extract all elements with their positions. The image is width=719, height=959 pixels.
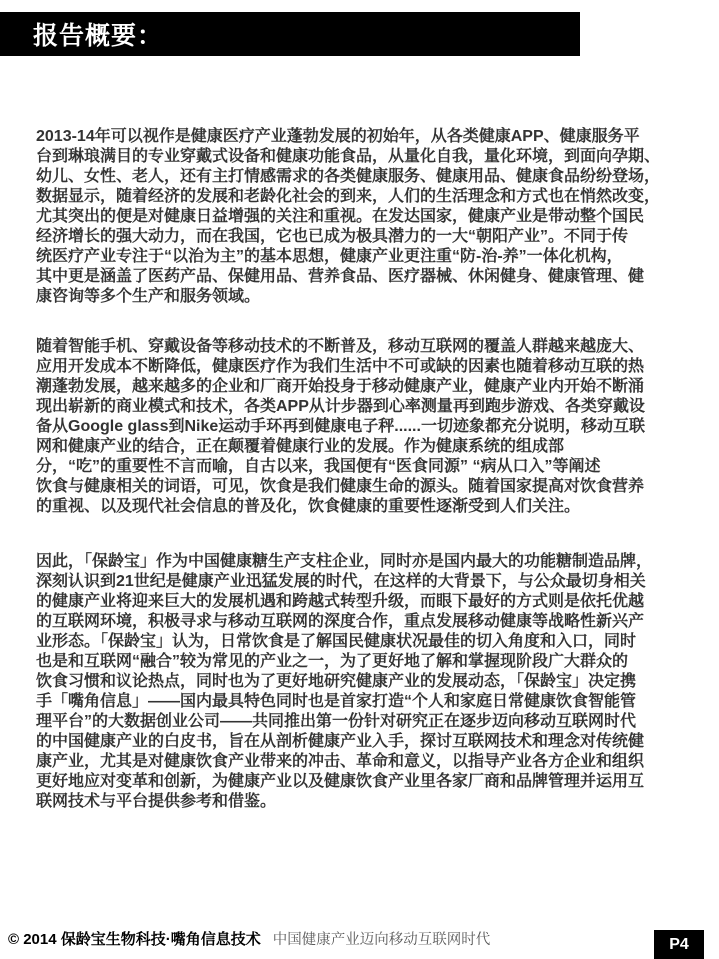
text-line: 2013-14年可以视作是健康医疗产业蓬勃发展的初始年，从各类健康APP、健康服…: [36, 127, 660, 147]
text-line: 饮食与健康相关的词语，可见，饮食是我们健康生命的源头。随着国家提高对饮食营养: [36, 477, 645, 497]
text-line: 随着智能手机、穿戴设备等移动技术的不断普及，移动互联网的覆盖人群越来越庞大、: [36, 337, 645, 357]
text-line: 也是和互联网“融合”较为常见的产业之一，为了更好地了解和掌握现阶段广大群众的: [36, 652, 652, 672]
text-line: 的健康产业将迎来巨大的发展机遇和跨越式转型升级，而眼下最好的方式则是依托优越: [36, 592, 652, 612]
text-line: 尤其突出的便是对健康日益增强的关注和重视。在发达国家，健康产业是带动整个国民: [36, 207, 660, 227]
text-line: 统医疗产业专注于“以治为主”的基本思想，健康产业更注重“防-治-养”一体化机构，: [36, 247, 660, 267]
text-line: 的中国健康产业的白皮书，旨在从剖析健康产业入手，探讨互联网技术和理念对传统健: [36, 732, 652, 752]
text-line: 联网技术与平台提供参考和借鉴。: [36, 792, 652, 812]
text-line: 经济增长的强大动力，而在我国，它也已成为极具潜力的一大“朝阳产业”。不同于传: [36, 227, 660, 247]
paragraph-overview-3: 因此，「保龄宝」作为中国健康糖生产支柱企业，同时亦是国内最大的功能糖制造品牌，深…: [36, 552, 652, 812]
section-header-bar: 报告概要：: [0, 12, 580, 56]
paragraph-overview-1: 2013-14年可以视作是健康医疗产业蓬勃发展的初始年，从各类健康APP、健康服…: [36, 127, 660, 307]
text-line: 的互联网环境，积极寻求与移动互联网的深度合作，重点发展移动健康等战略性新兴产: [36, 612, 652, 632]
text-line: 业形态。「保龄宝」认为，日常饮食是了解国民健康状况最佳的切入角度和入口，同时: [36, 632, 652, 652]
text-line: 台到琳琅满目的专业穿戴式设备和健康功能食品，从量化自我，量化环境，到面向孕期、: [36, 147, 660, 167]
text-line: 其中更是涵盖了医药产品、保健用品、营养食品、医疗器械、休闲健身、健康管理、健: [36, 267, 660, 287]
text-line: 备从Google glass到Nike运动手环再到健康电子秤......一切迹象…: [36, 417, 645, 437]
page-number-badge: P4: [654, 930, 704, 959]
text-line: 应用开发成本不断降低，健康医疗作为我们生活中不可或缺的因素也随着移动互联的热: [36, 357, 645, 377]
paragraph-overview-2: 随着智能手机、穿戴设备等移动技术的不断普及，移动互联网的覆盖人群越来越庞大、应用…: [36, 337, 645, 517]
text-line: 现出崭新的商业模式和技术，各类APP从计步器到心率测量再到跑步游戏、各类穿戴设: [36, 397, 645, 417]
text-line: 更好地应对变革和创新，为健康产业以及健康饮食产业里各家厂商和品牌管理并运用互: [36, 772, 652, 792]
copyright-text: © 2014 保龄宝生物科技·嘴角信息技术: [8, 928, 261, 949]
section-title: 报告概要：: [33, 16, 163, 52]
text-line: 数据显示，随着经济的发展和老龄化社会的到来，人们的生活理念和方式也在悄然改变，: [36, 187, 660, 207]
text-line: 因此，「保龄宝」作为中国健康糖生产支柱企业，同时亦是国内最大的功能糖制造品牌，: [36, 552, 652, 572]
text-line: 康咨询等多个生产和服务领域。: [36, 287, 660, 307]
text-line: 饮食习惯和议论热点，同时也为了更好地研究健康产业的发展动态，「保龄宝」决定携: [36, 672, 652, 692]
text-line: 网和健康产业的结合，正在颠覆着健康行业的发展。作为健康系统的组成部: [36, 437, 645, 457]
report-page: 报告概要： 2013-14年可以视作是健康医疗产业蓬勃发展的初始年，从各类健康A…: [0, 0, 719, 959]
text-line: 潮蓬勃发展，越来越多的企业和厂商开始投身于移动健康产业，健康产业内开始不断涌: [36, 377, 645, 397]
text-line: 深刻认识到21世纪是健康产业迅猛发展的时代，在这样的大背景下，与公众最切身相关: [36, 572, 652, 592]
text-line: 理平台”的大数据创业公司——共同推出第一份针对研究正在逐步迈向移动互联网时代: [36, 712, 652, 732]
text-line: 手「嘴角信息」——国内最具特色同时也是首家打造“个人和家庭日常健康饮食智能管: [36, 692, 652, 712]
text-line: 幼儿、女性、老人，还有主打情感需求的各类健康服务、健康用品、健康食品纷纷登场，: [36, 167, 660, 187]
text-line: 的重视、以及现代社会信息的普及化，饮食健康的重要性逐渐受到人们关注。: [36, 497, 645, 517]
text-line: 康产业，尤其是对健康饮食产业带来的冲击、革命和意义，以指导产业各方企业和组织: [36, 752, 652, 772]
text-line: 分，“吃”的重要性不言而喻，自古以来，我国便有“医食同源” “病从口入”等阐述: [36, 457, 645, 477]
report-subtitle: 中国健康产业迈向移动互联网时代: [273, 928, 491, 949]
page-footer: © 2014 保龄宝生物科技·嘴角信息技术 中国健康产业迈向移动互联网时代: [8, 928, 490, 949]
